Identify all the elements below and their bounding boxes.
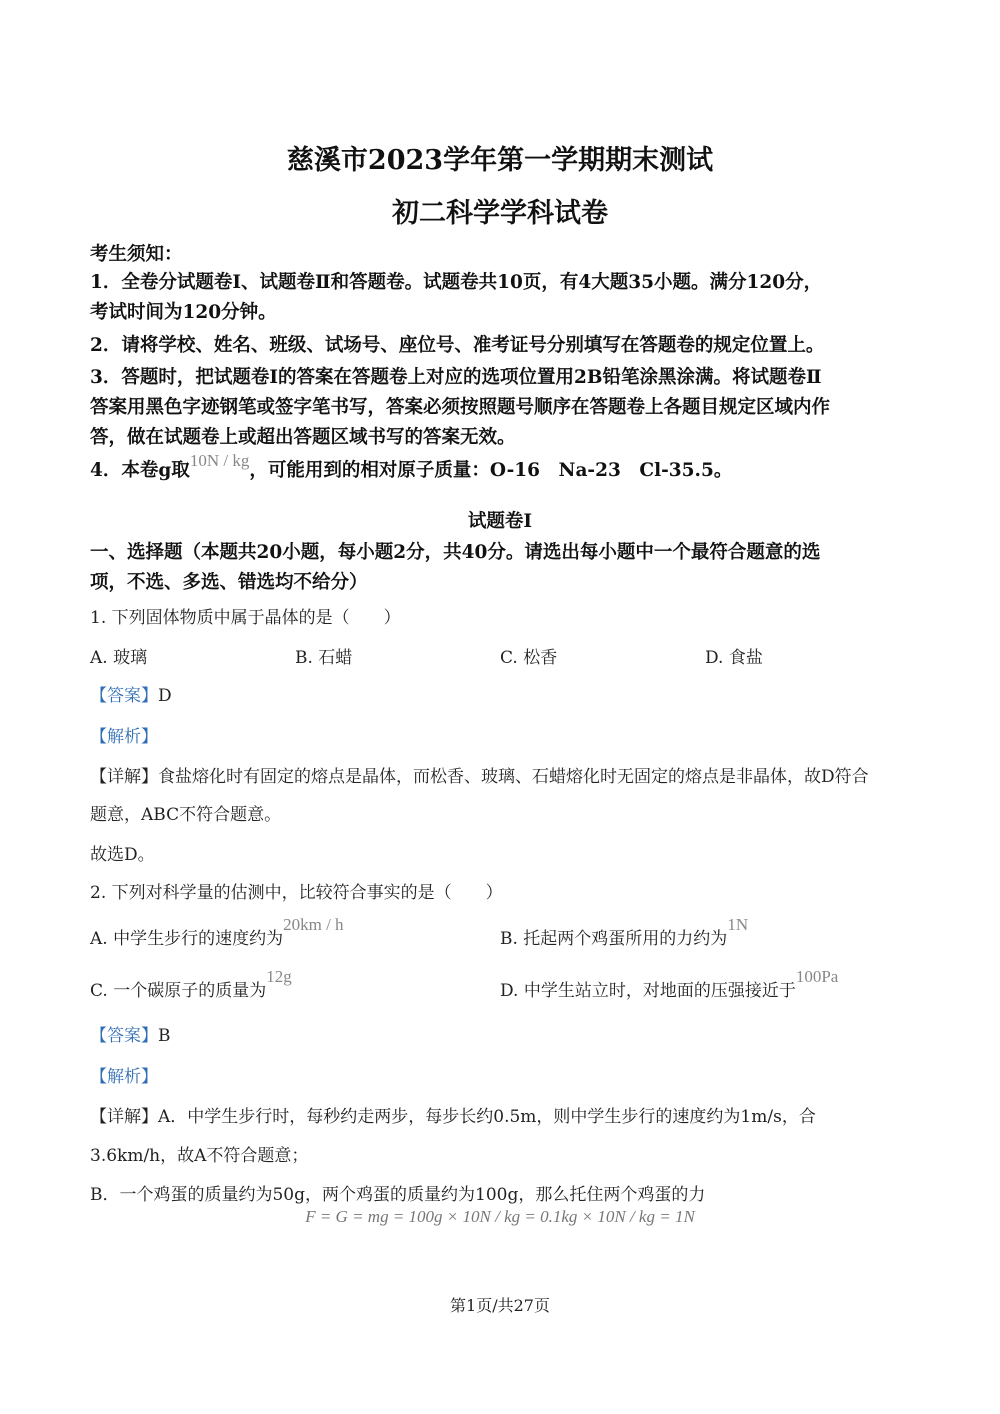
- option-c-unit: 12g: [266, 967, 292, 986]
- question-1-option-a: A. 玻璃: [90, 643, 147, 668]
- question-1-conclusion: 故选D。: [90, 840, 155, 865]
- detail-text: 食盐熔化时有固定的熔点是晶体，而松香、玻璃、石蜡熔化时无固定的熔点是非晶体，故D…: [158, 767, 869, 787]
- question-1-option-d: D. 食盐: [705, 643, 763, 668]
- answer-value: D: [158, 686, 172, 706]
- notice-item-3-cont2: 答，做在试题卷上或超出答题区域书写的答案无效。: [90, 423, 516, 449]
- question-1-detail-cont: 题意，ABC不符合题意。: [90, 800, 281, 825]
- question-2-option-b: B. 托起两个鸡蛋所用的力约为1N: [500, 924, 748, 949]
- notice-item-3-cont1: 答案用黑色字迹钢笔或签字笔书写，答案必须按照题号顺序在答题卷上各题目规定区域内作: [90, 393, 830, 419]
- detail-tag: 【详解】: [90, 767, 158, 787]
- answer-tag: 【答案】: [90, 686, 158, 706]
- exam-subtitle: 初二科学学科试卷: [0, 191, 1000, 230]
- detail-text: A．中学生步行时，每秒约走两步，每步长约0.5m，则中学生步行的速度约为1m/s…: [158, 1107, 816, 1127]
- question-2-detail: 【详解】A．中学生步行时，每秒约走两步，每步长约0.5m，则中学生步行的速度约为…: [90, 1102, 816, 1127]
- question-1-option-c: C. 松香: [500, 643, 557, 668]
- question-2-stem: 2. 下列对科学量的估测中，比较符合事实的是（ ）: [90, 878, 503, 903]
- answer-tag: 【答案】: [90, 1026, 158, 1046]
- part-heading: 一、选择题（本题共20小题，每小题2分，共40分。请选出每小题中一个最符合题意的…: [90, 538, 820, 564]
- paper-label: 试题卷I: [0, 507, 1000, 533]
- notice-item-4-suffix: ，可能用到的相对原子质量：O-16 Na-23 Cl-35.5。: [249, 460, 732, 481]
- gravity-value: 10N / kg: [190, 451, 250, 470]
- detail-tag: 【详解】: [90, 1107, 158, 1127]
- question-1-option-b: B. 石蜡: [295, 643, 352, 668]
- page-number: 第1页/共27页: [0, 1293, 1000, 1316]
- notice-item-3: 3．答题时，把试题卷Ⅰ的答案在答题卷上对应的选项位置用2B铅笔涂黑涂满。将试题卷…: [90, 363, 822, 389]
- question-2-option-a: A. 中学生步行的速度约为20km / h: [90, 924, 344, 949]
- question-2-analysis-tag: 【解析】: [90, 1062, 158, 1087]
- question-2-answer: 【答案】B: [90, 1021, 171, 1046]
- option-a-unit: 20km / h: [283, 915, 343, 934]
- question-1-analysis-tag: 【解析】: [90, 722, 158, 747]
- question-2-option-d: D. 中学生站立时，对地面的压强接近于100Pa: [500, 976, 838, 1001]
- exam-title: 慈溪市2023学年第一学期期末测试: [0, 138, 1000, 177]
- question-1-stem: 1. 下列固体物质中属于晶体的是（ ）: [90, 603, 401, 628]
- option-d-unit: 100Pa: [796, 967, 839, 986]
- notice-item-1-cont: 考试时间为120分钟。: [90, 298, 277, 324]
- answer-value: B: [158, 1026, 171, 1046]
- notice-item-4: 4．本卷g取10N / kg，可能用到的相对原子质量：O-16 Na-23 Cl…: [90, 456, 732, 482]
- question-2-detail-cont: 3.6km/h，故A不符合题意；: [90, 1141, 308, 1166]
- notice-item-4-prefix: 4．本卷g取: [90, 460, 190, 481]
- question-2-detail-b: B．一个鸡蛋的质量约为50g，两个鸡蛋的质量约为100g，那么托住两个鸡蛋的力: [90, 1180, 705, 1205]
- question-1-answer: 【答案】D: [90, 681, 172, 706]
- notice-item-2: 2．请将学校、姓名、班级、试场号、座位号、准考证号分别填写在答题卷的规定位置上。: [90, 331, 824, 357]
- part-heading-cont: 项，不选、多选、错选均不给分）: [90, 568, 368, 594]
- notice-item-1: 1．全卷分试题卷Ⅰ、试题卷Ⅱ和答题卷。试题卷共10页，有4大题35小题。满分12…: [90, 268, 822, 294]
- question-1-detail: 【详解】食盐熔化时有固定的熔点是晶体，而松香、玻璃、石蜡熔化时无固定的熔点是非晶…: [90, 762, 869, 787]
- question-2-option-c: C. 一个碳原子的质量为12g: [90, 976, 292, 1001]
- notice-heading: 考生须知：: [90, 240, 183, 266]
- option-b-unit: 1N: [727, 915, 748, 934]
- question-2-formula: F = G = mg = 100g × 10N / kg = 0.1kg × 1…: [0, 1207, 1000, 1227]
